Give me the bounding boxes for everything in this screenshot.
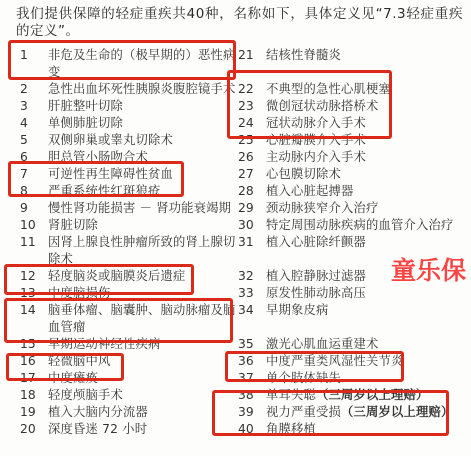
item-label-text: 特定周围动脉疾病的血管介入治疗 bbox=[266, 218, 453, 232]
item-number: 23 bbox=[238, 98, 266, 115]
table-row: 2急性出血坏死性胰腺炎腹腔镜手术22不典型的急性心肌梗塞 bbox=[0, 81, 471, 98]
table-row: 3肝脏整叶切除23微创冠状动脉搭桥术 bbox=[0, 98, 471, 115]
item-number: 3 bbox=[20, 98, 48, 115]
table-row: 4单侧肺脏切除24冠状动脉介入手术 bbox=[0, 115, 471, 132]
item-label: 结核性脊髓炎 bbox=[266, 47, 471, 64]
item-number: 27 bbox=[238, 166, 266, 183]
item-number: 10 bbox=[20, 217, 48, 234]
item-label-text: 冠状动脉介入手术 bbox=[266, 116, 366, 130]
table-row: 7可逆性再生障碍性贫血27心包膜切除术 bbox=[0, 166, 471, 183]
item-label: 原发性肺动脉高压 bbox=[266, 285, 471, 302]
table-row: 20深度昏迷 72 小时40角膜移植 bbox=[0, 421, 471, 438]
item-label-text: 角膜移植 bbox=[266, 422, 316, 436]
item-number: 1 bbox=[20, 47, 48, 64]
item-number: 30 bbox=[238, 217, 266, 234]
item-number: 35 bbox=[238, 336, 266, 353]
item-number: 7 bbox=[20, 166, 48, 183]
item-number: 18 bbox=[20, 387, 48, 404]
item-label: 单耳失聪（三周岁以上理赔） bbox=[266, 387, 471, 404]
item-label: 植入大脑内分流器 bbox=[48, 404, 232, 421]
table-row: 13中度脑损伤33原发性肺动脉高压 bbox=[0, 285, 471, 302]
item-label-text: 单个肢体缺失 bbox=[266, 371, 341, 385]
item-label: 颈动脉狭窄介入治疗 bbox=[266, 200, 471, 217]
item-label: 胆总管小肠吻合术 bbox=[48, 149, 232, 166]
item-number: 31 bbox=[238, 234, 266, 251]
page-title: 我们提供保障的轻症重疾共40种，名称如下，具体定义见“7.3轻症重疾的定义”。 bbox=[16, 6, 463, 40]
item-label: 单个肢体缺失 bbox=[266, 370, 471, 387]
item-number: 26 bbox=[238, 149, 266, 166]
item-number: 39 bbox=[238, 404, 266, 421]
item-number: 22 bbox=[238, 81, 266, 98]
item-number: 14 bbox=[20, 302, 48, 319]
item-label-bold-note: （三周岁以上理赔） bbox=[316, 388, 428, 402]
item-number: 2 bbox=[20, 81, 48, 98]
item-number: 15 bbox=[20, 336, 48, 353]
item-label: 急性出血坏死性胰腺炎腹腔镜手术 bbox=[48, 81, 232, 98]
watermark-brand: 童乐保 bbox=[391, 251, 466, 287]
item-number: 6 bbox=[20, 149, 48, 166]
item-label-text: 主动脉内介入手术 bbox=[266, 150, 366, 164]
item-label: 脑垂体瘤、脑囊肿、脑动脉瘤及脑 bbox=[48, 302, 232, 319]
item-number: 37 bbox=[238, 370, 266, 387]
item-label: 植入心脏起搏器 bbox=[266, 183, 471, 200]
item-label: 激光心肌血运重建术 bbox=[266, 336, 471, 353]
item-label-text: 微创冠状动脉搭桥术 bbox=[266, 99, 378, 113]
item-label: 肾脏切除 bbox=[48, 217, 232, 234]
item-label: 主动脉内介入手术 bbox=[266, 149, 471, 166]
item-label-text: 中度严重类风湿性关节炎 bbox=[266, 354, 403, 368]
item-number: 17 bbox=[20, 370, 48, 387]
item-label: 严重系统性红斑狼疮 bbox=[48, 183, 232, 200]
item-number bbox=[20, 319, 48, 336]
item-number: 13 bbox=[20, 285, 48, 302]
item-label-text: 不典型的急性心肌梗塞 bbox=[266, 82, 391, 96]
item-label: 单侧肺脏切除 bbox=[48, 115, 232, 132]
item-number: 9 bbox=[20, 200, 48, 217]
item-label-text: 结核性脊髓炎 bbox=[266, 48, 341, 62]
item-number: 38 bbox=[238, 387, 266, 404]
table-row: 血管瘤 bbox=[0, 319, 471, 336]
item-label: 因肾上腺良性肿瘤所致的肾上腺切 bbox=[48, 234, 232, 251]
item-label: 中度脑损伤 bbox=[48, 285, 232, 302]
item-number: 36 bbox=[238, 353, 266, 370]
table-row: 19植入大脑内分流器39视力严重受损（三周岁以上理赔） bbox=[0, 404, 471, 421]
table-row: 1非危及生命的（极早期的）恶性病21结核性脊髓炎 bbox=[0, 47, 471, 64]
item-label: 特定周围动脉疾病的血管介入治疗 bbox=[266, 217, 471, 234]
item-label: 中度严重类风湿性关节炎 bbox=[266, 353, 471, 370]
item-number: 19 bbox=[20, 404, 48, 421]
table-row: 16轻微脑中风36中度严重类风湿性关节炎 bbox=[0, 353, 471, 370]
item-label: 非危及生命的（极早期的）恶性病 bbox=[48, 47, 232, 64]
item-number: 28 bbox=[238, 183, 266, 200]
item-label-text: 视力严重受损 bbox=[266, 405, 341, 419]
item-label-text: 心脏瓣膜介入手术 bbox=[266, 133, 366, 147]
illness-table: 1非危及生命的（极早期的）恶性病21结核性脊髓炎变2急性出血坏死性胰腺炎腹腔镜手… bbox=[0, 47, 471, 438]
item-label: 不典型的急性心肌梗塞 bbox=[266, 81, 471, 98]
item-label: 轻度颅脑手术 bbox=[48, 387, 232, 404]
item-label: 微创冠状动脉搭桥术 bbox=[266, 98, 471, 115]
item-label: 除术 bbox=[48, 251, 232, 268]
item-label: 深度昏迷 72 小时 bbox=[48, 421, 232, 438]
item-number: 12 bbox=[20, 268, 48, 285]
item-number: 40 bbox=[238, 421, 266, 438]
item-label: 视力严重受损（三周岁以上理赔） bbox=[266, 404, 471, 421]
table-row: 9慢性肾功能损害 － 肾功能衰竭期29颈动脉狭窄介入治疗 bbox=[0, 200, 471, 217]
item-number bbox=[20, 251, 48, 268]
item-label: 轻微脑中风 bbox=[48, 353, 232, 370]
item-label-bold-note: （三周岁以上理赔） bbox=[341, 405, 453, 419]
item-number bbox=[20, 64, 48, 81]
item-label: 轻度脑炎或脑膜炎后遗症 bbox=[48, 268, 232, 285]
item-label-text: 植入心脏起搏器 bbox=[266, 184, 353, 198]
table-row: 5双侧卵巢或睾丸切除术25心脏瓣膜介入手术 bbox=[0, 132, 471, 149]
table-row: 18轻度颅脑手术38单耳失聪（三周岁以上理赔） bbox=[0, 387, 471, 404]
item-number: 29 bbox=[238, 200, 266, 217]
item-label: 血管瘤 bbox=[48, 319, 232, 336]
table-row: 11因肾上腺良性肿瘤所致的肾上腺切31植入心脏除纤颤器 bbox=[0, 234, 471, 251]
table-row: 15早期运动神经性疾病35激光心肌血运重建术 bbox=[0, 336, 471, 353]
item-label: 心包膜切除术 bbox=[266, 166, 471, 183]
item-label: 冠状动脉介入手术 bbox=[266, 115, 471, 132]
item-label: 中度瘫痪 bbox=[48, 370, 232, 387]
item-label: 变 bbox=[48, 64, 232, 81]
item-label-text: 植入腔静脉过滤器 bbox=[266, 269, 366, 283]
table-row: 10肾脏切除30特定周围动脉疾病的血管介入治疗 bbox=[0, 217, 471, 234]
item-label-text: 早期象皮病 bbox=[266, 303, 329, 317]
table-row: 变 bbox=[0, 64, 471, 81]
item-label-text: 颈动脉狭窄介入治疗 bbox=[266, 201, 378, 215]
item-label: 角膜移植 bbox=[266, 421, 471, 438]
item-label-text: 单耳失聪 bbox=[266, 388, 316, 402]
item-label: 双侧卵巢或睾丸切除术 bbox=[48, 132, 232, 149]
item-label: 早期象皮病 bbox=[266, 302, 471, 319]
item-number: 8 bbox=[20, 183, 48, 200]
item-label: 早期运动神经性疾病 bbox=[48, 336, 232, 353]
item-number: 16 bbox=[20, 353, 48, 370]
item-label: 慢性肾功能损害 － 肾功能衰竭期 bbox=[48, 200, 232, 217]
item-number: 24 bbox=[238, 115, 266, 132]
item-label: 植入心脏除纤颤器 bbox=[266, 234, 471, 251]
item-number: 33 bbox=[238, 285, 266, 302]
item-number: 32 bbox=[238, 268, 266, 285]
item-label: 可逆性再生障碍性贫血 bbox=[48, 166, 232, 183]
item-number: 21 bbox=[238, 47, 266, 64]
table-row: 17中度瘫痪37单个肢体缺失 bbox=[0, 370, 471, 387]
item-label-text: 原发性肺动脉高压 bbox=[266, 286, 366, 300]
item-label-text: 植入心脏除纤颤器 bbox=[266, 235, 366, 249]
item-number: 5 bbox=[20, 132, 48, 149]
item-label: 心脏瓣膜介入手术 bbox=[266, 132, 471, 149]
table-row: 14脑垂体瘤、脑囊肿、脑动脉瘤及脑34早期象皮病 bbox=[0, 302, 471, 319]
document-page: 我们提供保障的轻症重疾共40种，名称如下，具体定义见“7.3轻症重疾的定义”。 … bbox=[0, 0, 471, 456]
table-row: 6胆总管小肠吻合术26主动脉内介入手术 bbox=[0, 149, 471, 166]
item-number: 34 bbox=[238, 302, 266, 319]
item-number: 20 bbox=[20, 421, 48, 438]
item-label-text: 心包膜切除术 bbox=[266, 167, 341, 181]
table-row: 8严重系统性红斑狼疮28植入心脏起搏器 bbox=[0, 183, 471, 200]
item-number: 11 bbox=[20, 234, 48, 251]
item-number: 25 bbox=[238, 132, 266, 149]
item-label-text: 激光心肌血运重建术 bbox=[266, 337, 378, 351]
item-number: 4 bbox=[20, 115, 48, 132]
item-label: 肝脏整叶切除 bbox=[48, 98, 232, 115]
